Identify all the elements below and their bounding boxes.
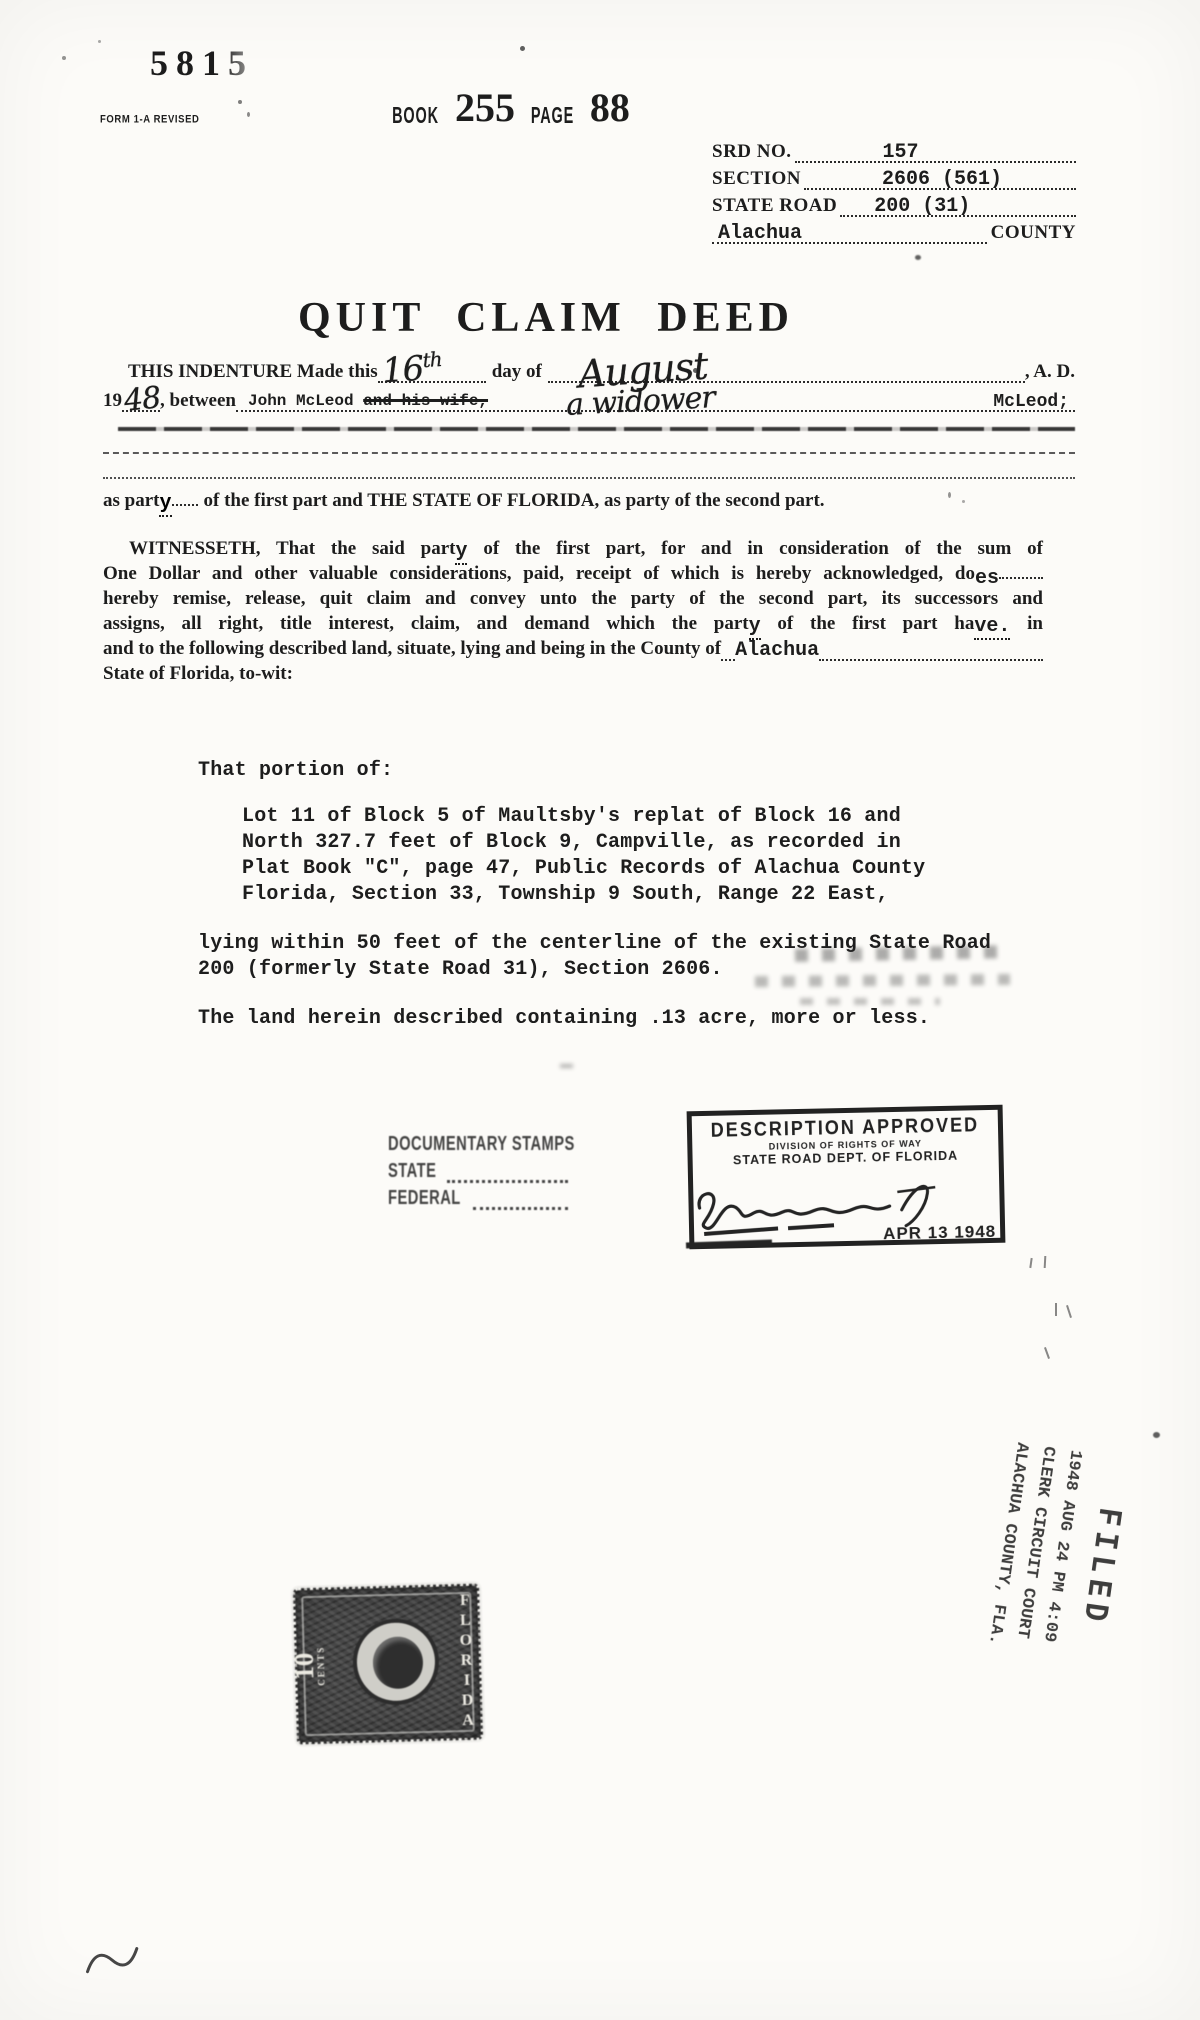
grantor-blank: John McLeod and his wife, a widower McLe… (236, 387, 1075, 412)
ruled-line-dotted (103, 477, 1075, 479)
county-fill: Alachua (735, 638, 819, 663)
witnesseth-line-5: and to the following described land, sit… (103, 636, 1043, 661)
florida-revenue-stamp: 10 CENTS FLORIDA (293, 1584, 483, 1745)
ink-speck (915, 255, 921, 260)
documentary-stamps-title: DOCUMENTARY STAMPS (388, 1134, 575, 1157)
section-line: 2606 (561) (804, 161, 1076, 190)
year-prefix: 19 (103, 390, 122, 412)
srd-no-label: SRD NO. (712, 141, 792, 163)
between-label: , between (160, 390, 236, 412)
grantor-surname-typed: McLeod; (993, 392, 1069, 412)
legal-description-block: Lot 11 of Block 5 of Maultsby's replat o… (242, 804, 925, 908)
federal-stamps-label: FEDERAL (388, 1188, 461, 1211)
ink-speck (62, 56, 66, 60)
documentary-stamps-block: DOCUMENTARY STAMPS STATE FEDERAL (388, 1138, 568, 1210)
form-reference: FORM 1-A REVISED (100, 113, 200, 126)
federal-stamps-leader (473, 1203, 568, 1210)
month-blank: August (548, 360, 1025, 383)
document-number: 5815 (150, 42, 254, 84)
day-of-label: day of (492, 361, 542, 383)
portion-heading: That portion of: (198, 758, 393, 784)
stamp-seal-eagle (372, 1636, 423, 1689)
federal-stamps-row: FEDERAL (388, 1192, 568, 1210)
state-stamps-row: STATE (388, 1165, 568, 1183)
witnesseth-line-6: State of Florida, to-wit: (103, 661, 1043, 686)
srd-no-line: 157 (795, 134, 1076, 163)
indenture-line-2: 19 48 , between John McLeod and his wife… (103, 387, 1075, 412)
pen-tick (1066, 1305, 1072, 1318)
pen-tick (1055, 1303, 1057, 1316)
party-clause-line: as part y of the first part and THE STAT… (103, 488, 1075, 515)
srd-no-row: SRD NO. 157 (712, 136, 1076, 163)
pen-mark (79, 1934, 146, 1984)
stamp-unit: CENTS (316, 1646, 327, 1686)
legal-line: Plat Book "C", page 47, Public Records o… (242, 856, 925, 882)
approval-stamp-date: APR 13 1948 (883, 1222, 996, 1244)
party-fill: y (159, 492, 171, 517)
book-label: BOOK (392, 103, 439, 130)
day-blank: 16th (378, 360, 486, 383)
state-road-row: STATE ROAD 200 (31) (712, 190, 1076, 217)
section-label: SECTION (712, 168, 801, 190)
party-pre-text: as part (103, 490, 159, 512)
does-fill: es (975, 567, 999, 590)
have-fill: ve. (974, 615, 1010, 640)
party-fill-1: y (455, 540, 467, 565)
pen-tick (1044, 1347, 1050, 1359)
party-post-text: of the first part and THE STATE OF FLORI… (204, 490, 825, 512)
ink-speck (238, 100, 242, 104)
party-dots (172, 488, 198, 506)
description-approved-stamp: DESCRIPTION APPROVED DIVISION OF RIGHTS … (687, 1105, 1006, 1250)
ink-speck (1153, 1432, 1160, 1438)
ink-speck (98, 40, 101, 43)
stamp-denomination: 10 CENTS (292, 1646, 327, 1687)
ad-label: , A. D. (1025, 361, 1075, 383)
witnesseth-line-2: One Dollar and other valuable considerat… (103, 561, 1043, 586)
grantor-typed: John McLeod and his wife, (248, 392, 488, 410)
witnesseth-line-1: WITNESSETH, That the said party of the f… (103, 536, 1043, 561)
grantor-handwritten: a widower (565, 380, 715, 423)
book-number: 255 (455, 84, 515, 131)
filed-stamp: FILED 1948 AUG 24 PM 4:09 CLERK CIRCUIT … (925, 1433, 1133, 1681)
state-road-line: 200 (31) (840, 188, 1076, 217)
grantor-struck-text: and his wife, (363, 392, 488, 410)
stamp-value: 10 (292, 1646, 317, 1687)
witnesseth-paragraph: WITNESSETH, That the said party of the f… (103, 536, 1043, 686)
state-stamps-label: STATE (388, 1161, 436, 1184)
witnesseth-line-3: hereby remise, release, quit claim and c… (103, 586, 1043, 611)
state-road-label: STATE ROAD (712, 195, 837, 217)
county-line: Alachua (712, 215, 987, 244)
year-handwritten: 48 (122, 380, 162, 419)
ink-smudge (755, 974, 1010, 987)
day-handwritten: 16th (380, 347, 443, 391)
ruled-line-dashed (103, 452, 1075, 454)
ink-smudge (800, 998, 940, 1005)
ruled-line-heavy (118, 427, 1075, 431)
section-row: SECTION 2606 (561) (712, 163, 1076, 190)
pen-tick (1044, 1256, 1047, 1268)
deed-title: QUIT CLAIM DEED (298, 294, 818, 342)
county-label: COUNTY (991, 222, 1076, 244)
header-fields: SRD NO. 157 SECTION 2606 (561) STATE ROA… (712, 136, 1076, 244)
indenture-opening: THIS INDENTURE Made this (128, 361, 378, 383)
book-page-stamp: BOOK 255 PAGE 88 (388, 84, 630, 131)
county-value: Alachua (718, 222, 802, 245)
legal-line: Lot 11 of Block 5 of Maultsby's replat o… (242, 804, 925, 830)
ink-speck (520, 46, 525, 51)
legal-line: Florida, Section 33, Township 9 South, R… (242, 882, 925, 908)
ink-speck (247, 112, 250, 117)
county-row: Alachua COUNTY (712, 217, 1076, 244)
indenture-line-1: THIS INDENTURE Made this 16th day of Aug… (103, 360, 1075, 383)
party-fill-2: y (749, 615, 761, 640)
deed-page: 5815 BOOK 255 PAGE 88 FORM 1-A REVISED S… (0, 0, 1200, 2020)
ink-smudge (560, 1064, 586, 1068)
page-label: PAGE (531, 103, 574, 130)
page-number: 88 (590, 84, 630, 131)
legal-line: North 327.7 feet of Block 9, Campville, … (242, 830, 925, 856)
state-stamps-leader (447, 1176, 568, 1183)
pen-tick (1029, 1258, 1032, 1268)
witnesseth-line-4: assigns, all right, title interest, clai… (103, 611, 1043, 636)
stamp-state-name: FLORIDA (455, 1592, 477, 1732)
year-blank: 48 (122, 389, 160, 412)
containing-line: The land herein described containing .13… (198, 1006, 930, 1032)
